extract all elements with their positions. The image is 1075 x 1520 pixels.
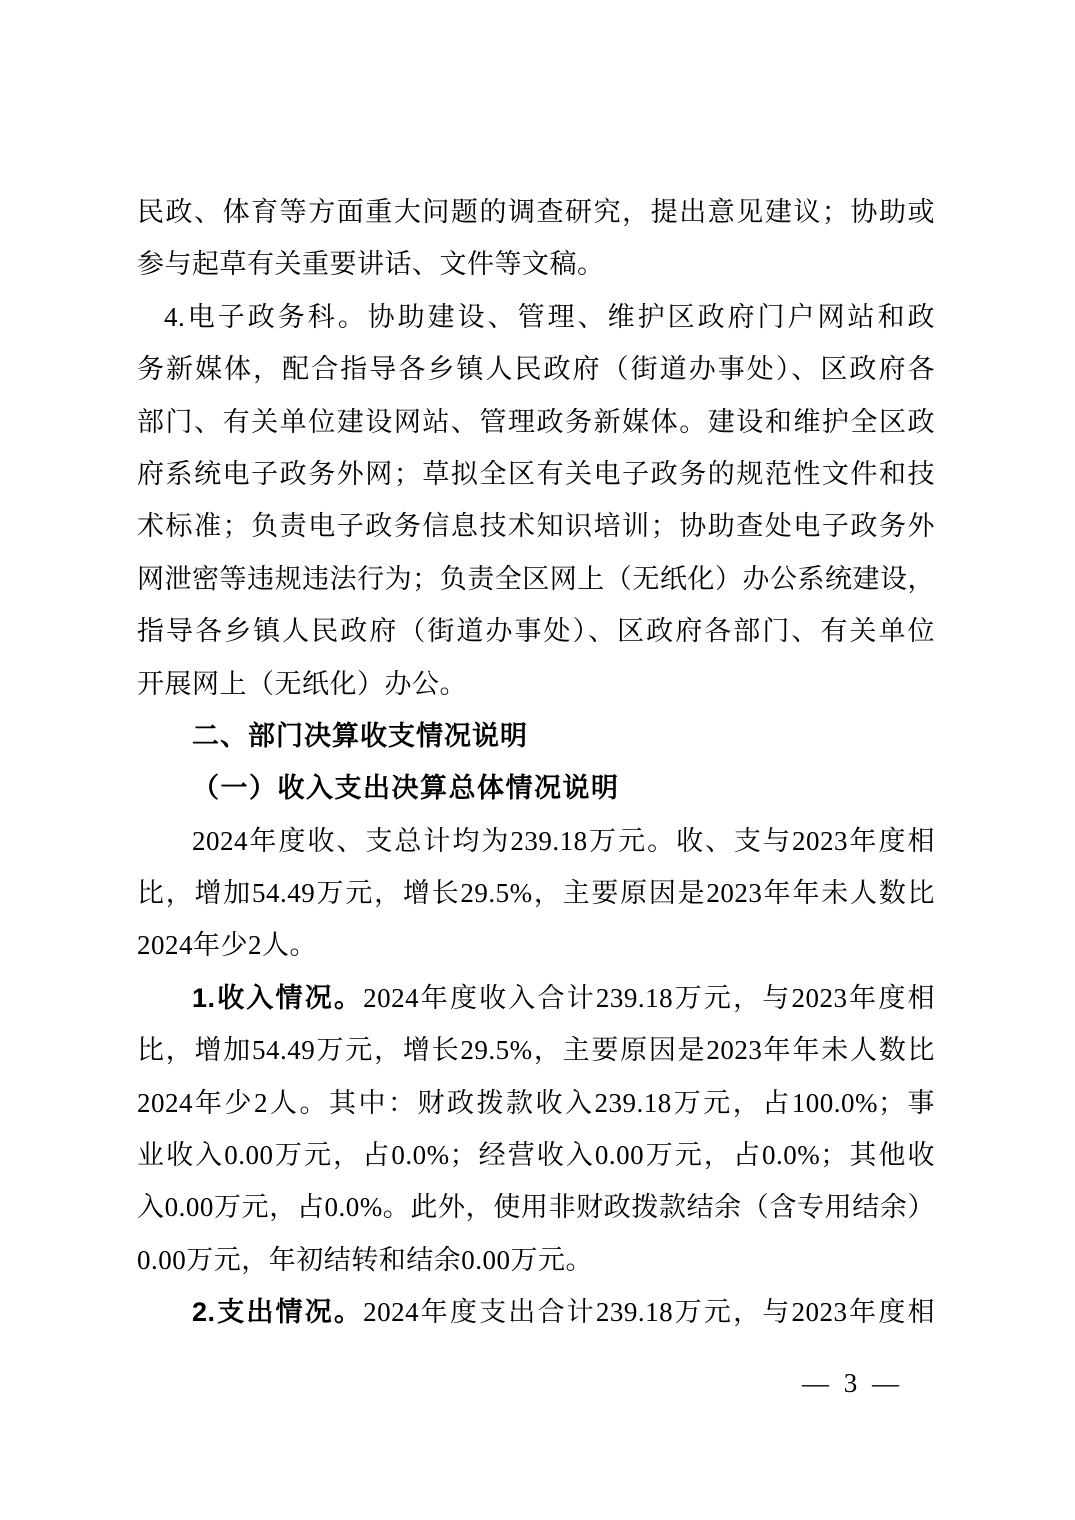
text-line: 入0.00万元，占0.0%。此外，使用非财政拨款结余（含专用结余） bbox=[137, 1181, 935, 1233]
text-line: 指导各乡镇人民政府（街道办事处）、区政府各部门、有关单位 bbox=[137, 605, 935, 657]
document-body: 民政、体育等方面重大问题的调查研究，提出意见建议；协助或参与起草有关重要讲话、文… bbox=[137, 186, 935, 1339]
text-line: 参与起草有关重要讲话、文件等文稿。 bbox=[137, 238, 935, 290]
paragraph-text: 2024年度收入合计239.18万元，与2023年度相 bbox=[363, 983, 935, 1013]
text-line: 0.00万元，年初结转和结余0.00万元。 bbox=[137, 1234, 935, 1286]
text-line: 开展网上（无纸化）办公。 bbox=[137, 658, 935, 710]
paragraph-lead: 1.收入情况。 bbox=[192, 983, 363, 1013]
text-line: 4.电子政务科。协助建设、管理、维护区政府门户网站和政 bbox=[137, 291, 935, 343]
text-line: 部门、有关单位建设网站、管理政务新媒体。建设和维护全区政 bbox=[137, 396, 935, 448]
text-line: 业收入0.00万元，占0.0%；经营收入0.00万元，占0.0%；其他收 bbox=[137, 1129, 935, 1181]
paragraph-lead: 2.支出情况。 bbox=[192, 1297, 363, 1327]
text-line: 2024年少2人。 bbox=[137, 919, 935, 971]
text-line: 比，增加54.49万元，增长29.5%，主要原因是2023年年未人数比 bbox=[137, 867, 935, 919]
text-line: 网泄密等违规违法行为；负责全区网上（无纸化）办公系统建设， bbox=[137, 553, 935, 605]
text-line: 民政、体育等方面重大问题的调查研究，提出意见建议；协助或 bbox=[137, 186, 935, 238]
text-line: 2024年度收、支总计均为239.18万元。收、支与2023年度相 bbox=[137, 815, 935, 867]
subsection-heading: （一）收入支出决算总体情况说明 bbox=[137, 762, 935, 814]
text-line: 2.支出情况。2024年度支出合计239.18万元，与2023年度相 bbox=[137, 1286, 935, 1338]
text-line: 府系统电子政务外网；草拟全区有关电子政务的规范性文件和技 bbox=[137, 448, 935, 500]
text-line: 1.收入情况。2024年度收入合计239.18万元，与2023年度相 bbox=[137, 972, 935, 1024]
paragraph-text: 2024年度支出合计239.18万元，与2023年度相 bbox=[363, 1297, 935, 1327]
text-line: 比，增加54.49万元，增长29.5%，主要原因是2023年年未人数比 bbox=[137, 1024, 935, 1076]
text-line: 术标准；负责电子政务信息技术知识培训；协助查处电子政务外 bbox=[137, 500, 935, 552]
page-number: — 3 — bbox=[802, 1366, 903, 1400]
section-heading: 二、部门决算收支情况说明 bbox=[137, 710, 935, 762]
text-line: 2024年少2人。其中：财政拨款收入239.18万元，占100.0%；事 bbox=[137, 1077, 935, 1129]
document-page: 民政、体育等方面重大问题的调查研究，提出意见建议；协助或参与起草有关重要讲话、文… bbox=[0, 0, 1075, 1520]
text-line: 务新媒体，配合指导各乡镇人民政府（街道办事处）、区政府各 bbox=[137, 343, 935, 395]
